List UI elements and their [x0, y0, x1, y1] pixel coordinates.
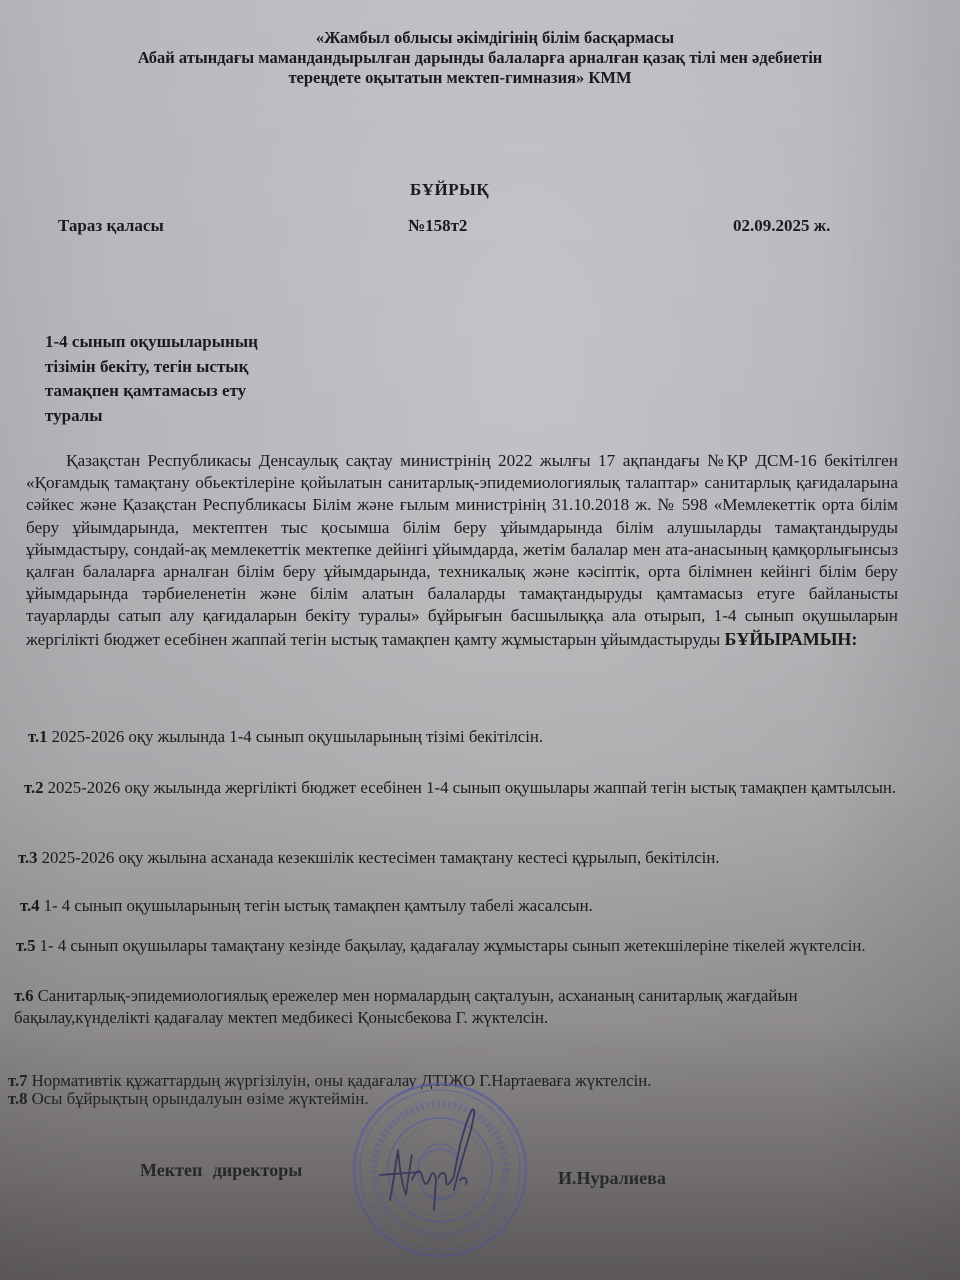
order-item: т.12025-2026 оқу жылында 1-4 сынып оқушы… [28, 726, 908, 748]
order-item: т.22025-2026 оқу жылында жергілікті бюдж… [24, 777, 909, 799]
document-subject: 1-4 сынып оқушыларының тізімін бекіту, т… [45, 330, 305, 428]
order-item-text: Осы бұйрықтың орындалуын өзіме жүктеймін… [32, 1089, 369, 1108]
order-word: БҰЙЫРАМЫН: [725, 629, 858, 649]
order-item-number: т.4 [20, 896, 40, 915]
order-item: т.32025-2026 оқу жылына асханада кезекші… [18, 847, 908, 869]
order-item-number: т.5 [16, 936, 36, 955]
subject-line-2: тізімін бекіту, тегін ыстық [45, 355, 305, 380]
header-line-2: Абай атындағы мамандандырылған дарынды б… [60, 48, 900, 68]
subject-line-4: туралы [45, 404, 305, 429]
preamble-paragraph: Қазақстан Республикасы Денсаулық сақтау … [26, 450, 898, 651]
order-item: т.51- 4 сынып оқушылары тамақтану кезінд… [16, 935, 908, 957]
order-item-text: 2025-2026 оқу жылында 1-4 сынып оқушылар… [52, 727, 544, 746]
subject-line-1: 1-4 сынып оқушыларының [45, 330, 305, 355]
document-page: «Жамбыл облысы әкімдігінің білім басқарм… [0, 0, 960, 1280]
preamble-text: Қазақстан Республикасы Денсаулық сақтау … [26, 451, 898, 649]
document-date: 02.09.2025 ж. [733, 216, 830, 236]
order-item-text: 1- 4 сынып оқушыларының тегін ыстық тама… [44, 896, 593, 915]
order-item-number: т.6 [14, 986, 34, 1005]
header-line-3: тереңдете оқытатын мектеп-гимназия» КММ [60, 68, 860, 88]
document-type-title: БҰЙРЫҚ [410, 180, 489, 200]
signatory-name: И.Нуралиева [558, 1168, 666, 1189]
order-item-number: т.3 [18, 848, 38, 867]
order-item-number: т.8 [8, 1089, 28, 1108]
order-item-number: т.2 [24, 778, 44, 797]
subject-line-3: тамақпен қамтамасыз ету [45, 379, 305, 404]
order-item-number: т.1 [28, 727, 48, 746]
order-item: т.6Санитарлық-эпидемиологиялық ережелер … [14, 985, 908, 1029]
order-item-text: 2025-2026 оқу жылында жергілікті бюджет … [48, 778, 896, 797]
document-number: №158т2 [408, 216, 467, 236]
round-seal-stamp-icon [350, 1080, 530, 1260]
document-city: Тараз қаласы [58, 216, 164, 236]
header-line-1: «Жамбыл облысы әкімдігінің білім басқарм… [90, 28, 900, 48]
order-item-text: Санитарлық-эпидемиологиялық ережелер мен… [14, 986, 798, 1027]
order-item: т.41- 4 сынып оқушыларының тегін ыстық т… [20, 895, 910, 917]
order-item-text: 2025-2026 оқу жылына асханада кезекшілік… [42, 848, 720, 867]
order-item-text: 1- 4 сынып оқушылары тамақтану кезінде б… [40, 936, 866, 955]
signatory-position: Мектеп директоры [140, 1160, 302, 1181]
organization-header: «Жамбыл облысы әкімдігінің білім басқарм… [60, 28, 900, 88]
